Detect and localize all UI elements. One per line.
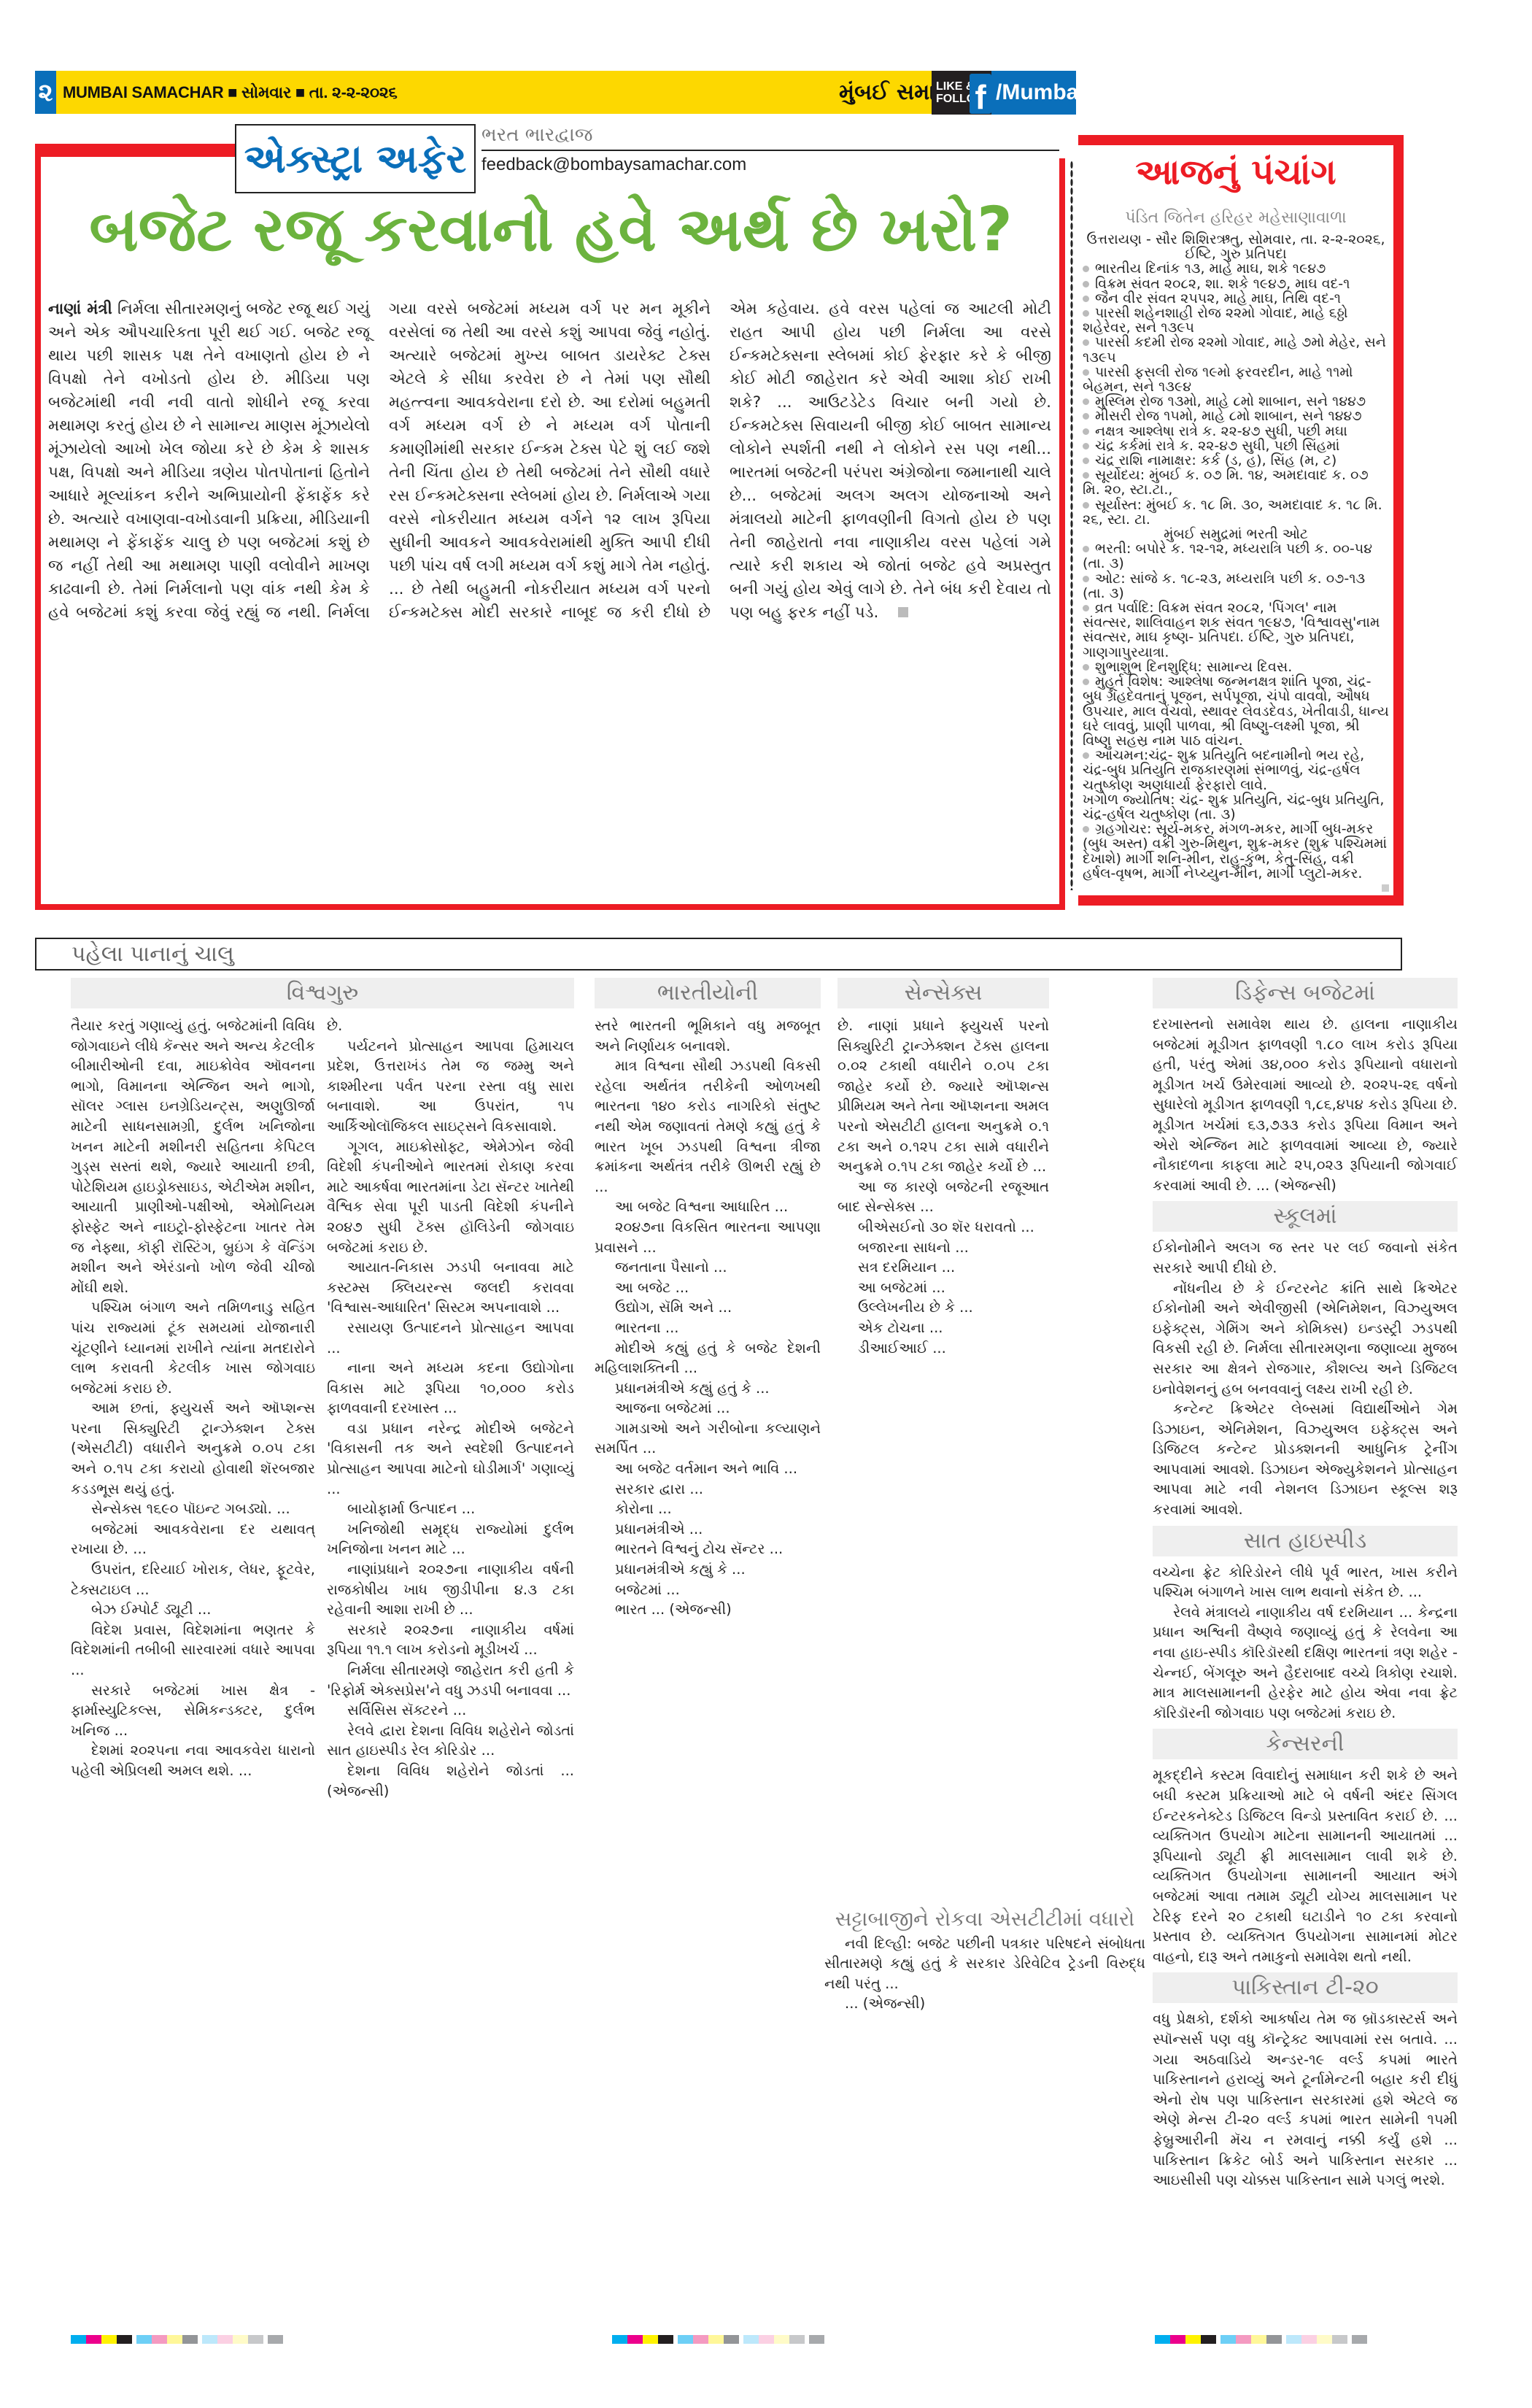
sub-story-stt: સટ્ટાબાજીને રોકવા એસટીટીમાં વધારો નવી દિ… xyxy=(824,1905,1145,2351)
achaman: આચમન:ચંદ્ર- શુક્ર પ્રતિયુતિ બદનામીનો ભય … xyxy=(1083,748,1389,792)
paragraph: ડીઆઈઆઈ ... xyxy=(837,1338,1049,1359)
panchang-item: સૂર્યોદય: મુંબઈ ક. ૦૭ મિ. ૧૪, અમદાવાદ ક.… xyxy=(1083,468,1389,497)
color-swatch xyxy=(101,2335,117,2344)
color-swatch xyxy=(743,2335,759,2344)
paragraph: નવી દિલ્હી: બજેટ પછીની પત્રકાર પરિષદને સ… xyxy=(824,1934,1145,1994)
paragraph: ખનિજોથી સમૃદ્ધ રાજ્યોમાં દુર્લભ ખનિજોના … xyxy=(327,1519,574,1559)
paragraph: રેલવે દ્વારા દેશના વિવિધ શહેરોને જોડતાં … xyxy=(327,1721,574,1761)
paragraph: તૈયાર કરતું ગણાવ્યું હતું. બજેટમાંની વિવ… xyxy=(71,1016,315,1297)
panchang-item: પારસી કદમી રોજ ૨૨મો ગોવાદ, માહે ૭મો મેહે… xyxy=(1083,335,1389,364)
paragraph: નિર્મલા સીતારમણે જાહેરાત કરી હતી કે 'રિફ… xyxy=(327,1660,574,1700)
tide-item: ભરતી: બપોરે ક. ૧૨-૧૨, મધ્યરાત્રિ પછી ક. … xyxy=(1083,541,1389,571)
color-swatch xyxy=(182,2335,198,2344)
paragraph: બજેટમાં ... xyxy=(595,1580,821,1600)
color-swatch xyxy=(1251,2335,1266,2344)
paragraph: આ બજેટમાં ... xyxy=(837,1278,1049,1298)
color-swatch xyxy=(774,2335,789,2344)
section-header-highspeed: સાત હાઇસ્પીડ xyxy=(1153,1526,1458,1556)
panchang-item: મુસ્લિમ રોજ ૧૩મો, માહે ૮મો શાબાન, સને ૧૪… xyxy=(1083,394,1389,409)
panchang-intro: ઉત્તરાયણ - સૌર શિશિરઋતુ, સોમવાર, તા. ૨-૨… xyxy=(1083,232,1389,261)
end-mark-icon xyxy=(898,607,908,617)
panchang-item: વિક્રમ સંવત ૨૦૮૨, શા. શકે ૧૯૪૭, માઘ વદ-૧ xyxy=(1083,277,1389,291)
paragraph: જનતાના પૈસાનો ... xyxy=(595,1257,821,1278)
paragraph: ભારતના ... xyxy=(595,1318,821,1338)
section-header-cancer: કેન્સરની xyxy=(1153,1729,1458,1759)
paragraph: ઉલ્લેખનીય છે કે ... xyxy=(837,1297,1049,1318)
panchang-title: આજનું પંચાંગ xyxy=(1078,152,1393,193)
paragraph: કોરોના ... xyxy=(595,1499,821,1519)
paragraph: એક ટોચના ... xyxy=(837,1318,1049,1338)
editorial-lead-word: નાણાં મંત્રી xyxy=(48,300,112,318)
paragraph: આ બજેટ ... xyxy=(595,1278,821,1298)
paragraph: આ બજેટ વિશ્વના આધારિત ... xyxy=(595,1197,821,1217)
color-swatch xyxy=(268,2335,283,2344)
paragraph: ઈકોનોમીને અલગ જ સ્તર પર લઈ જવાનો સંકેત સ… xyxy=(1153,1238,1458,1278)
color-swatch xyxy=(612,2335,627,2344)
color-swatch xyxy=(1155,2335,1170,2344)
paragraph: આયાત-નિકાસ ઝડપી બનાવવા માટે કસ્ટમ્સ ક્લિ… xyxy=(327,1257,574,1318)
paragraph: ઉદ્યોગ, સૅમિ અને ... xyxy=(595,1297,821,1318)
paragraph: આ જ કારણે બજેટની રજૂઆત બાદ સેન્સેક્સ ... xyxy=(837,1177,1049,1217)
paragraph: બેઝ ઈમ્પોર્ટ ડ્યૂટી ... xyxy=(71,1599,315,1620)
paragraph: મોદીએ કહ્યું હતું કે બજેટ દેશની મહિલાશક્… xyxy=(595,1338,821,1378)
paragraph: છે. નાણાં પ્રધાને ફ્યુચર્સ પરનો સિક્યુરિ… xyxy=(837,1016,1049,1177)
paragraph: ગૂગલ, માઇક્રોસોફ્ટ, એમેઝોન જેવી વિદેશી ક… xyxy=(327,1137,574,1258)
paragraph: પશ્ચિમ બંગાળ અને તમિળનાડુ સહિત પાંચ રાજ્… xyxy=(71,1297,315,1398)
paragraph: કન્ટેન્ટ ક્રિએટર લેબ્સમાં વિદ્યાર્થીઓને … xyxy=(1153,1399,1458,1520)
section-header-sensex: સેન્સેક્સ xyxy=(837,978,1049,1008)
section-header-pakistan-t20: પાકિસ્તાન ટી-૨૦ xyxy=(1153,1972,1458,2003)
editorial-headline: બજેટ રજૂ કરવાનો હવે અર્થ છે ખરો? xyxy=(44,193,1058,266)
color-swatch xyxy=(1170,2335,1185,2344)
color-swatch xyxy=(167,2335,182,2344)
facebook-icon[interactable]: f xyxy=(970,74,991,114)
panchang-item: સૂર્યાસ્ત: મુંબઈ ક. ૧૮ મિ. ૩૦, અમદાવાદ ક… xyxy=(1083,498,1389,527)
author-divider xyxy=(481,150,1059,151)
paragraph: પર્યટનને પ્રોત્સાહન આપવા હિમાચલ પ્રદેશ, … xyxy=(327,1036,574,1137)
panchang-item: ચંદ્ર રાશિ નામાક્ષર: કર્ક (ડ, હ), સિંહ (… xyxy=(1083,453,1389,468)
color-swatch xyxy=(809,2335,824,2344)
paragraph: પ્રધાનમંત્રીએ ... xyxy=(595,1519,821,1540)
color-swatch xyxy=(233,2335,248,2344)
festivals: વ્રત પર્વાદિ: વિક્રમ સંવત ૨૦૮૨, 'પિંગલ' … xyxy=(1083,601,1389,660)
tide-item: ઓટ: સાંજે ક. ૧૮-૨૩, મધ્યરાત્રિ પછી ક. ૦૭… xyxy=(1083,571,1389,601)
color-swatch xyxy=(1301,2335,1317,2344)
color-swatch xyxy=(1236,2335,1251,2344)
color-swatch xyxy=(1286,2335,1301,2344)
panchang-item: ભારતીય દિનાંક ૧૩, માહે માઘ, શકે ૧૯૪૭ xyxy=(1083,261,1389,276)
paragraph: દેશના વિવિધ શહેરોને જોડતાં ... (એજન્સી) xyxy=(327,1761,574,1801)
color-swatch xyxy=(1185,2335,1201,2344)
paragraph: દરખાસ્તનો સમાવેશ થાય છે. હાલના નાણાકીય બ… xyxy=(1153,1014,1458,1195)
color-swatch xyxy=(1220,2335,1236,2344)
paragraph: મૂકદ્દીને કસ્ટમ વિવાદોનું સમાધાન કરી શકે… xyxy=(1153,1765,1458,1967)
color-swatch xyxy=(724,2335,739,2344)
paragraph: સર્વિસિસ સૅક્ટરને ... xyxy=(327,1700,574,1721)
color-swatch xyxy=(627,2335,643,2344)
end-mark-icon xyxy=(1382,884,1389,892)
color-swatch xyxy=(708,2335,724,2344)
panchang-item: પારસી શહેનશાહી રોજ ૨૨મો ગોવાદ, માહે ૬ઠ્ઠ… xyxy=(1083,306,1389,335)
paragraph: વચ્ચેના ફ્રેટ કોરિડોરને લીધે પૂર્વ ભારત,… xyxy=(1153,1562,1458,1602)
editorial-body: નાણાં મંત્રી નિર્મલા સીતારમણનું બજેટ રજૂ… xyxy=(48,298,1051,903)
editorial-text: નિર્મલા સીતારમણનું બજેટ રજૂ થઈ ગયું અને … xyxy=(48,300,1051,622)
color-swatch xyxy=(248,2335,263,2344)
panchang-body: ઉત્તરાયણ - સૌર શિશિરઋતુ, સોમવાર, તા. ૨-૨… xyxy=(1083,232,1389,892)
panchang-item: ચંદ્ર કર્કમાં રાત્રે ક. ૨૨-૪૭ સુધી, પછી … xyxy=(1083,439,1389,453)
section-header-bharatiyoni: ભારતીયોની xyxy=(595,978,821,1008)
paragraph: વધુ પ્રેક્ષકો, દર્શકો આકર્ષાય તેમ જ બ્રૉ… xyxy=(1153,2009,1458,2190)
color-swatch xyxy=(86,2335,101,2344)
section-vishwaguru-col2: છે. પર્યટનને પ્રોત્સાહન આપવા હિમાચલ પ્રદ… xyxy=(327,1016,574,2351)
color-swatch xyxy=(136,2335,152,2344)
sub-story-headline: સટ્ટાબાજીને રોકવા એસટીટીમાં વધારો xyxy=(824,1909,1145,1929)
khagol: ખગોળ જ્યોતિષ: ચંદ્ર- શુક્ર પ્રતિયુતિ, ચં… xyxy=(1083,792,1389,822)
paragraph: ઉપરાંત, દરિયાઈ ખોરાક, લેધર, ફૂટવેર, ટેક્… xyxy=(71,1559,315,1599)
panchang-item: મીસરી રોજ ૧૫મો, માહે ૮મો શાબાન, સને ૧૪૪૭ xyxy=(1083,409,1389,423)
paragraph: સત્ર દરમિયાન ... xyxy=(837,1257,1049,1278)
editorial-author: ભરત ભારદ્વાજ xyxy=(481,124,592,147)
paragraph: દેશમાં ૨૦૨૫ના નવા આવકવેરા ધારાનો પહેલી એ… xyxy=(71,1740,315,1780)
color-swatch xyxy=(1266,2335,1282,2344)
print-color-bar-center xyxy=(612,2335,824,2344)
paragraph: રસાયણ ઉત્પાદનને પ્રોત્સાહન આપવા ... xyxy=(327,1318,574,1358)
paragraph: બાયોફાર્મા ઉત્પાદન ... xyxy=(327,1499,574,1519)
section-bharatiyoni: સ્તરે ભારતની ભૂમિકાને વધુ મજબૂત અને નિર્… xyxy=(595,1016,821,2351)
continued-from-page-one: પહેલા પાનાનું ચાલુ xyxy=(35,938,1402,970)
page-number: ૨ xyxy=(35,71,56,114)
paragraph: સરકારે બજેટમાં ખાસ ક્ષેત્ર - ફાર્માસ્યુટ… xyxy=(71,1680,315,1741)
paragraph: નાના અને મધ્યમ કદના ઉદ્યોગોના વિકાસ માટે… xyxy=(327,1358,574,1419)
paragraph: ભારતને વિશ્વનું ટોચ સૅન્ટર ... xyxy=(595,1539,821,1559)
color-swatch xyxy=(71,2335,86,2344)
masthead-text: MUMBAI SAMACHAR ■ સોમવાર ■ તા. ૨-૨-૨૦૨૬ xyxy=(63,71,398,114)
paragraph: બજારના સાધનો ... xyxy=(837,1238,1049,1258)
color-swatch xyxy=(1317,2335,1332,2344)
feedback-email[interactable]: feedback@bombaysamachar.com xyxy=(481,155,746,175)
color-swatch xyxy=(202,2335,217,2344)
panchang-item: પારસી ફસલી રોજ ૧૯મો ફરવરદીન, માહે ૧૧મો બ… xyxy=(1083,365,1389,394)
facebook-handle-link[interactable]: /Mumbaisamachar4u xyxy=(996,71,1212,115)
paragraph: ભારત ... (એજન્સી) xyxy=(595,1599,821,1620)
tide-title: મુંબઈ સમુદ્રમાં ભરતી ઓટ xyxy=(1083,527,1389,541)
section-sensex: છે. નાણાં પ્રધાને ફ્યુચર્સ પરનો સિક્યુરિ… xyxy=(837,1016,1049,1906)
paragraph: સરકાર દ્વારા ... xyxy=(595,1479,821,1500)
print-color-bar-right xyxy=(1155,2335,1367,2344)
paragraph: છે. xyxy=(327,1016,574,1036)
paragraph: બીએસઈનો ૩૦ શૅર ધરાવતો ... xyxy=(837,1217,1049,1238)
paragraph: માત્ર વિશ્વના સૌથી ઝડપથી વિકસી રહેલા અર્… xyxy=(595,1056,821,1197)
color-swatch xyxy=(152,2335,167,2344)
column-kicker: એક્સ્ટ્રા અફેર xyxy=(235,124,476,193)
paragraph: વડા પ્રધાન નરેન્દ્ર મોદીએ બજેટને 'વિકાસન… xyxy=(327,1419,574,1499)
section-header-school: સ્કૂલમાં xyxy=(1153,1201,1458,1232)
paragraph: પ્રધાનમંત્રીએ કહ્યું કે ... xyxy=(595,1559,821,1580)
paragraph: સેન્સેક્સ ૧૬૯૦ પૉઇન્ટ ગબડ્યો. ... xyxy=(71,1499,315,1519)
print-color-bar-left xyxy=(71,2335,283,2344)
paragraph: ૨૦૪૭ના વિકસિત ભારતના આપણા પ્રવાસને ... xyxy=(595,1217,821,1257)
paragraph: ગામડાઓ અને ગરીબોના કલ્યાણને સમર્પિત ... xyxy=(595,1419,821,1459)
paragraph: નોંધનીય છે કે ઈન્ટરનેટ ક્રાંતિ સાથે ક્રિ… xyxy=(1153,1278,1458,1400)
paragraph: વિદેશ પ્રવાસ, વિદેશમાંના ભણતર કે વિદેશમા… xyxy=(71,1620,315,1680)
paragraph: રેલવે મંત્રાલયે નાણાકીય વર્ષ દરમિયાન ...… xyxy=(1153,1602,1458,1724)
paragraph: બજેટમાં આવકવેરાના દર યથાવત્ રખાયા છે. ..… xyxy=(71,1519,315,1559)
color-swatch xyxy=(658,2335,673,2344)
panchang-item: નક્ષત્ર આશ્લેષા રાત્રે ક. ૨૨-૪૭ સુધી, પછ… xyxy=(1083,424,1389,439)
muhurt: મુહૂર્ત વિશેષ: આશ્લેષા જન્મનક્ષત્ર શાંતિ… xyxy=(1083,674,1389,748)
paragraph: આજના બજેટમાં ... xyxy=(595,1398,821,1419)
color-swatch xyxy=(117,2335,132,2344)
right-column: ડિફેન્સ બજેટમાં દરખાસ્તનો સમાવેશ થાય છે.… xyxy=(1153,978,1458,2350)
color-swatch xyxy=(693,2335,708,2344)
paragraph: આ બજેટ વર્તમાન અને ભાવિ ... xyxy=(595,1459,821,1479)
section-header-defence: ડિફેન્સ બજેટમાં xyxy=(1153,978,1458,1008)
color-swatch xyxy=(643,2335,658,2344)
color-swatch xyxy=(678,2335,693,2344)
color-swatch xyxy=(217,2335,233,2344)
paragraph: આમ છતાં, ફ્યુચર્સ અને ઑપ્શન્સ પરના સિક્ય… xyxy=(71,1398,315,1499)
color-swatch xyxy=(759,2335,774,2344)
paragraph: સ્તરે ભારતની ભૂમિકાને વધુ મજબૂત અને નિર્… xyxy=(595,1016,821,1056)
paragraph: પ્રધાનમંત્રીએ કહ્યું હતું કે ... xyxy=(595,1378,821,1399)
color-swatch xyxy=(1352,2335,1367,2344)
panchang-author: પંડિત જિતેન હરિહર મહેસાણાવાળા xyxy=(1078,209,1393,227)
auspicious-day: શુભાશુભ દિનશુદ્ધિ: સામાન્ય દિવસ. xyxy=(1083,660,1389,674)
color-swatch xyxy=(789,2335,805,2344)
paragraph: ... (એજન્સી) xyxy=(824,1994,1145,2014)
paragraph: નાણાંપ્રધાને ૨૦૨૭ના નાણાકીય વર્ષની રાજકો… xyxy=(327,1559,574,1620)
dotted-separator xyxy=(1070,161,1073,890)
color-swatch xyxy=(1201,2335,1216,2344)
section-header-vishwaguru: વિશ્વગુરુ xyxy=(71,978,574,1008)
section-vishwaguru-col1: તૈયાર કરતું ગણાવ્યું હતું. બજેટમાંની વિવ… xyxy=(71,1016,315,2351)
color-swatch xyxy=(1332,2335,1347,2344)
paragraph: સરકારે ૨૦૨૭ના નાણાકીય વર્ષમાં રૂપિયા ૧૧.… xyxy=(327,1620,574,1660)
grahgochar: ગ્રહગોચર: સૂર્ય-મકર, મંગળ-મકર, માર્ગી બુ… xyxy=(1083,822,1389,881)
panchang-item: જૈન વીર સંવત ૨૫૫૨, માહે માઘ, તિથિ વદ-૧ xyxy=(1083,291,1389,306)
